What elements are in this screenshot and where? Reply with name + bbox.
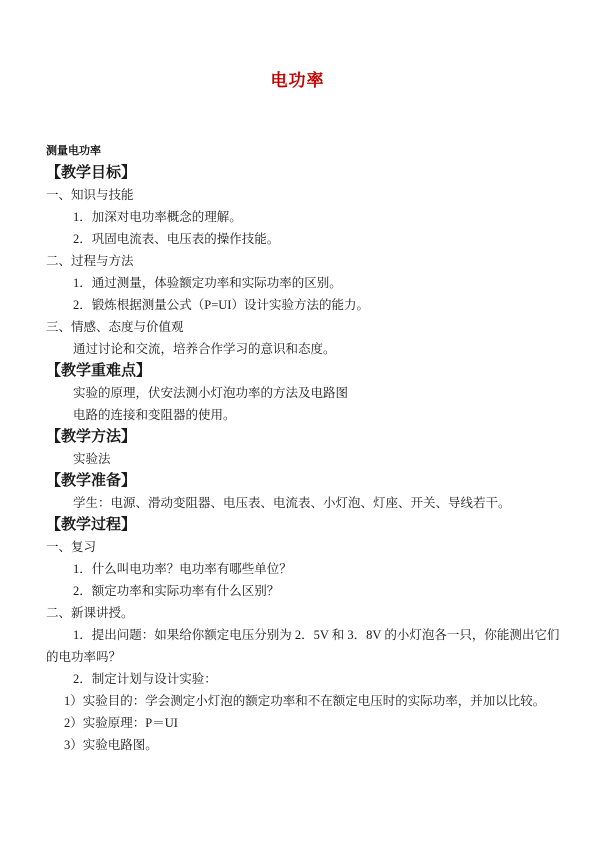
document-line: 电路的连接和变阻器的使用。 xyxy=(46,404,555,426)
document-line: 学生：电源、滑动变阻器、电压表、电流表、小灯泡、灯座、开关、导线若干。 xyxy=(46,492,555,514)
document-line: 三、情感、态度与价值观 xyxy=(46,316,555,338)
document-line: 1．什么叫电功率？电功率有哪些单位？ xyxy=(46,558,555,580)
document-line: 一、复习 xyxy=(46,536,555,558)
section-heading: 【教学重难点】 xyxy=(46,360,555,382)
document-line: 1．通过测量，体验额定功率和实际功率的区别。 xyxy=(46,272,555,294)
document-line: 2．额定功率和实际功率有什么区别？ xyxy=(46,580,555,602)
document-line: 2．巩固电流表、电压表的操作技能。 xyxy=(46,228,555,250)
section-heading: 【教学过程】 xyxy=(46,514,555,536)
document-line: 2）实验原理：P＝UI xyxy=(46,712,555,734)
section-heading: 【教学准备】 xyxy=(46,470,555,492)
section-heading: 【教学目标】 xyxy=(46,162,555,184)
document-body: 测量电功率【教学目标】一、知识与技能1．加深对电功率概念的理解。2．巩固电流表、… xyxy=(46,140,555,756)
document-line: 1）实验目的：学会测定小灯泡的额定功率和不在额定电压时的实际功率，并加以比较。 xyxy=(46,690,555,712)
document-line: 3）实验电路图。 xyxy=(46,734,555,756)
document-page: 电功率 测量电功率【教学目标】一、知识与技能1．加深对电功率概念的理解。2．巩固… xyxy=(0,0,595,841)
document-subtitle: 测量电功率 xyxy=(46,140,555,162)
document-line: 实验法 xyxy=(46,448,555,470)
document-line: 二、新课讲授。 xyxy=(46,602,555,624)
document-line: 通过讨论和交流，培养合作学习的意识和态度。 xyxy=(46,338,555,360)
document-line: 的电功率吗？ xyxy=(46,646,555,668)
document-title: 电功率 xyxy=(0,70,595,92)
document-line: 2．制定计划与设计实验： xyxy=(46,668,555,690)
document-line: 2．锻炼根据测量公式（P=UI）设计实验方法的能力。 xyxy=(46,294,555,316)
document-line: 1．提出问题：如果给你额定电压分别为 2．5V 和 3．8V 的小灯泡各一只，你… xyxy=(46,624,555,646)
section-heading: 【教学方法】 xyxy=(46,426,555,448)
document-line: 一、知识与技能 xyxy=(46,184,555,206)
document-line: 二、过程与方法 xyxy=(46,250,555,272)
document-line: 实验的原理，伏安法测小灯泡功率的方法及电路图 xyxy=(46,382,555,404)
document-line: 1．加深对电功率概念的理解。 xyxy=(46,206,555,228)
